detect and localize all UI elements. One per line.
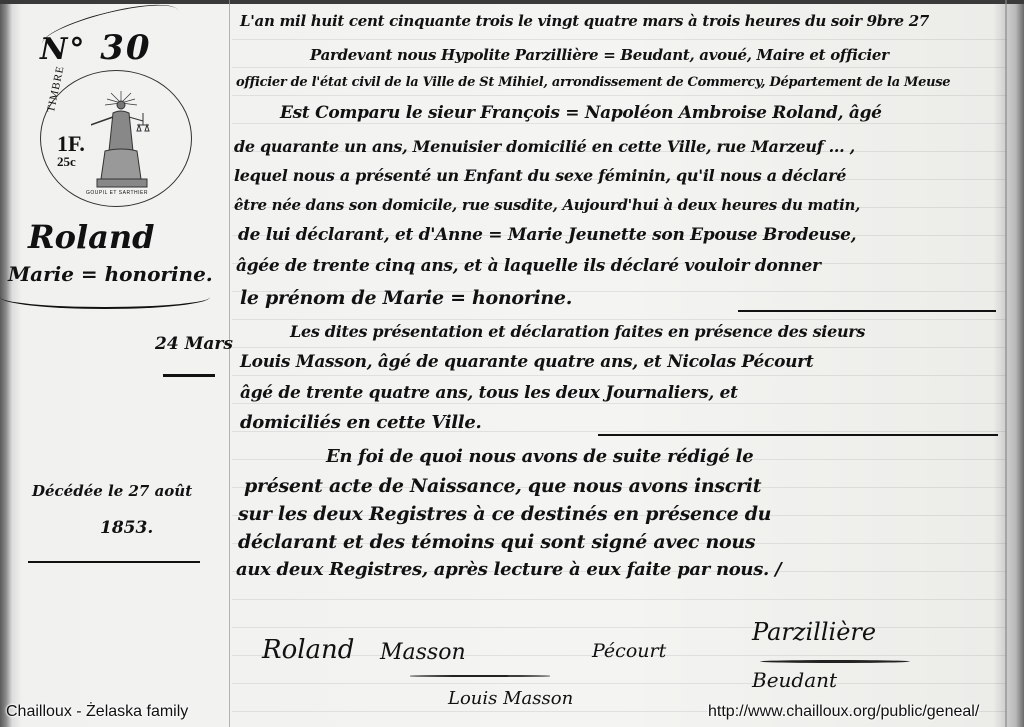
body-line-5: de quarante un ans, Menuisier domicilié … bbox=[234, 137, 855, 156]
tax-stamp: TIMBRE 1F. 25c GOUPIL ET SARTHIER bbox=[40, 70, 192, 207]
mayor-flourish bbox=[760, 660, 910, 663]
fill-rule-1 bbox=[738, 310, 996, 312]
margin-brace bbox=[0, 285, 210, 309]
right-binding-rule bbox=[1005, 0, 1007, 727]
body-line-2: Pardevant nous Hypolite Parzillière = Be… bbox=[310, 46, 889, 64]
margin-date-note: 24 Mars bbox=[155, 334, 233, 354]
signature-witness-2: Pécourt bbox=[592, 640, 666, 662]
margin-death-note: Décédée le 27 août bbox=[32, 482, 192, 500]
stamp-price: 1F. 25c bbox=[57, 133, 87, 168]
act-number: N° 30 bbox=[40, 28, 152, 68]
fill-rule-2 bbox=[598, 434, 998, 436]
body-line-15: En foi de quoi nous avons de suite rédig… bbox=[326, 446, 753, 467]
body-line-19: aux deux Registres, après lecture à eux … bbox=[236, 559, 781, 580]
body-line-14: domiciliés en cette Ville. bbox=[240, 412, 481, 433]
margin-rule bbox=[229, 0, 230, 727]
body-line-18: déclarant et des témoins qui sont signé … bbox=[238, 531, 755, 553]
signature-witness-below: Louis Masson bbox=[448, 688, 573, 709]
margin-date-dash bbox=[163, 374, 215, 377]
signature-father: Roland bbox=[262, 635, 354, 665]
stamp-price-main: 1F. bbox=[57, 131, 85, 156]
body-line-8: de lui déclarant, et d'Anne = Marie Jeun… bbox=[238, 225, 856, 245]
body-line-10: le prénom de Marie = honorine. bbox=[240, 287, 572, 309]
signature-witness-1: Masson bbox=[380, 640, 466, 665]
body-line-17: sur les deux Registres à ce destinés en … bbox=[238, 503, 771, 525]
act-number-prefix: N° bbox=[40, 32, 86, 67]
margin-death-rule bbox=[28, 561, 200, 563]
signature-mayor-second: Beudant bbox=[752, 668, 837, 692]
margin-death-year: 1853. bbox=[100, 518, 153, 538]
body-line-11: Les dites présentation et déclaration fa… bbox=[290, 322, 865, 341]
body-line-16: présent acte de Naissance, que nous avon… bbox=[244, 475, 761, 497]
body-line-4: Est Comparu le sieur François = Napoléon… bbox=[280, 103, 882, 123]
stamp-label: TIMBRE bbox=[45, 64, 67, 113]
body-line-1: L'an mil huit cent cinquante trois le vi… bbox=[240, 12, 929, 30]
body-line-6: lequel nous a présenté un Enfant du sexe… bbox=[234, 166, 846, 185]
signature-mayor-surname: Parzillière bbox=[752, 618, 876, 646]
body-line-12: Louis Masson, âgé de quarante quatre ans… bbox=[240, 352, 813, 372]
watermark-family: Chailloux - Żelaska family bbox=[6, 703, 188, 721]
child-given-names: Marie = honorine. bbox=[8, 262, 213, 286]
liberty-figure-icon bbox=[91, 91, 151, 191]
child-surname: Roland bbox=[28, 218, 154, 256]
body-line-13: âgé de trente quatre ans, tous les deux … bbox=[240, 383, 738, 403]
stamp-engraver: GOUPIL ET SARTHIER bbox=[69, 190, 165, 196]
act-number-value: 30 bbox=[100, 28, 151, 68]
scanned-register-page: N° 30 TIMBRE 1F. 25c GO bbox=[0, 0, 1024, 727]
body-line-9: âgée de trente cinq ans, et à laquelle i… bbox=[236, 256, 821, 276]
signature-underline bbox=[410, 675, 550, 677]
body-line-3: officier de l'état civil de la Ville de … bbox=[236, 75, 950, 90]
watermark-url[interactable]: http://www.chailloux.org/public/geneal/ bbox=[708, 703, 979, 721]
body-line-7: être née dans son domicile, rue susdite,… bbox=[234, 196, 860, 214]
stamp-price-cents: 25c bbox=[57, 155, 87, 168]
